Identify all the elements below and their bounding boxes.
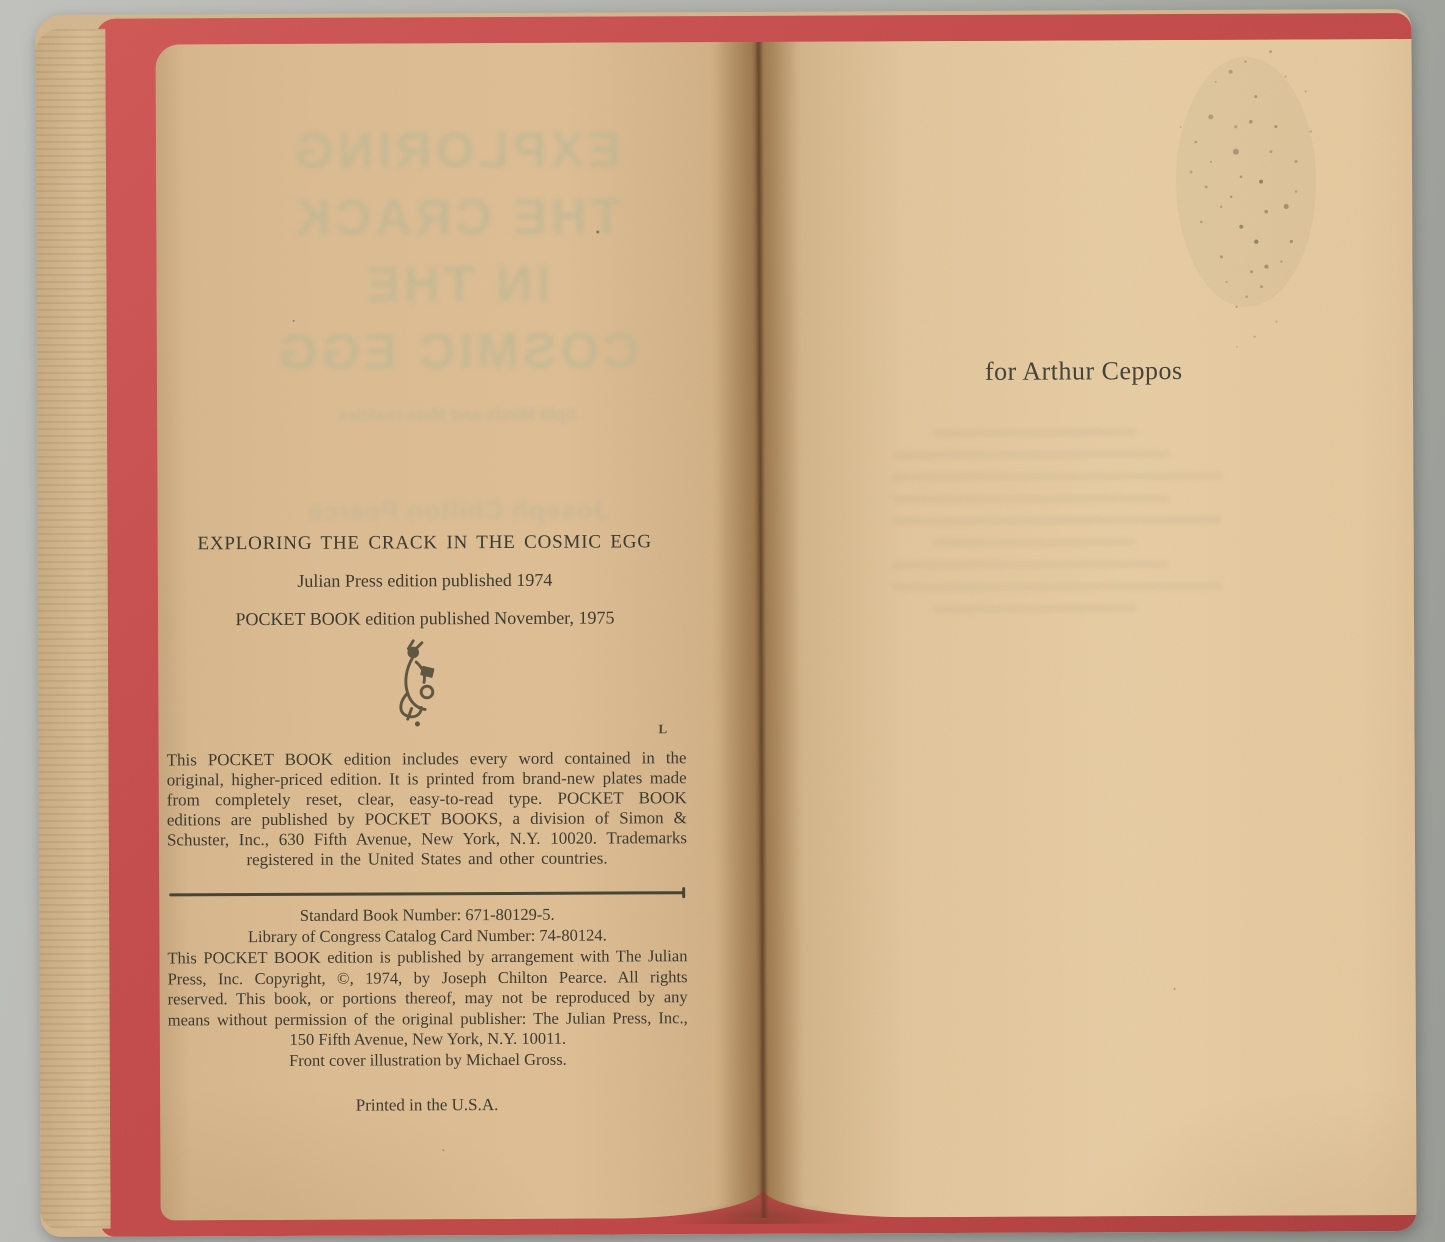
showthrough-smudge — [932, 538, 1137, 547]
showthrough-title: EXPLORING THE CRACK IN THE COSMIC EGG — [156, 116, 757, 387]
showthrough-smudge — [892, 472, 1222, 481]
book-photo: EXPLORING THE CRACK IN THE COSMIC EGG Sp… — [0, 0, 1445, 1242]
showthrough-subtitle: Split Minds and Meta-realities — [157, 404, 757, 427]
copyright-paragraph: This POCKET BOOK edition is published by… — [167, 946, 687, 1030]
publisher-address: 150 Fifth Avenue, New York, N.Y. 10011. — [168, 1028, 688, 1051]
illustration-credit: Front cover illustration by Michael Gros… — [168, 1049, 688, 1072]
copyright-block: This POCKET BOOK edition is published by… — [167, 946, 688, 1071]
edition-line-julian: Julian Press edition published 1974 — [164, 569, 686, 592]
paper-speck — [293, 320, 295, 322]
showthrough-smudge — [933, 604, 1138, 613]
page-fore-edge — [35, 29, 110, 1229]
showthrough-smudge — [893, 560, 1170, 569]
pocket-books-kangaroo-icon — [388, 637, 446, 729]
paper-speck — [1174, 988, 1176, 990]
showthrough-smudge — [892, 494, 1169, 503]
right-page — [757, 39, 1416, 1218]
printed-in-usa-line: Printed in the U.S.A. — [166, 1094, 688, 1116]
book-numbers-block: Standard Book Number: 671-80129-5. Libra… — [167, 903, 687, 947]
standard-book-number: Standard Book Number: 671-80129-5. — [167, 903, 687, 926]
paperback-book: EXPLORING THE CRACK IN THE COSMIC EGG Sp… — [35, 9, 1416, 1237]
paper-speck — [596, 231, 599, 234]
edition-line-pocket: POCKET BOOK edition published November, … — [164, 607, 686, 630]
showthrough-title-line: IN THE — [156, 250, 756, 320]
open-page-spread: EXPLORING THE CRACK IN THE COSMIC EGG Sp… — [155, 39, 1416, 1221]
signature-mark: L — [658, 721, 667, 737]
paper-speck — [442, 1149, 444, 1151]
library-of-congress-number: Library of Congress Catalog Card Number:… — [167, 924, 687, 947]
showthrough-smudge — [893, 516, 1223, 525]
showthrough-title-line: THE CRACK — [156, 183, 756, 253]
showthrough-smudge — [893, 582, 1223, 591]
showthrough-title-line: COSMIC EGG — [157, 317, 757, 387]
edition-notice-paragraph: This POCKET BOOK edition includes every … — [167, 748, 688, 870]
book-title-line: EXPLORING THE CRACK IN THE COSMIC EGG — [164, 531, 686, 555]
showthrough-title-line: EXPLORING — [156, 116, 756, 186]
showthrough-smudge — [892, 450, 1169, 459]
right-page-showthrough-smudges — [892, 428, 1223, 627]
showthrough-author: Joseph Chilton Pearce — [157, 494, 757, 528]
dedication-text: for Arthur Ceppos — [985, 355, 1325, 386]
showthrough-smudge — [932, 428, 1137, 437]
